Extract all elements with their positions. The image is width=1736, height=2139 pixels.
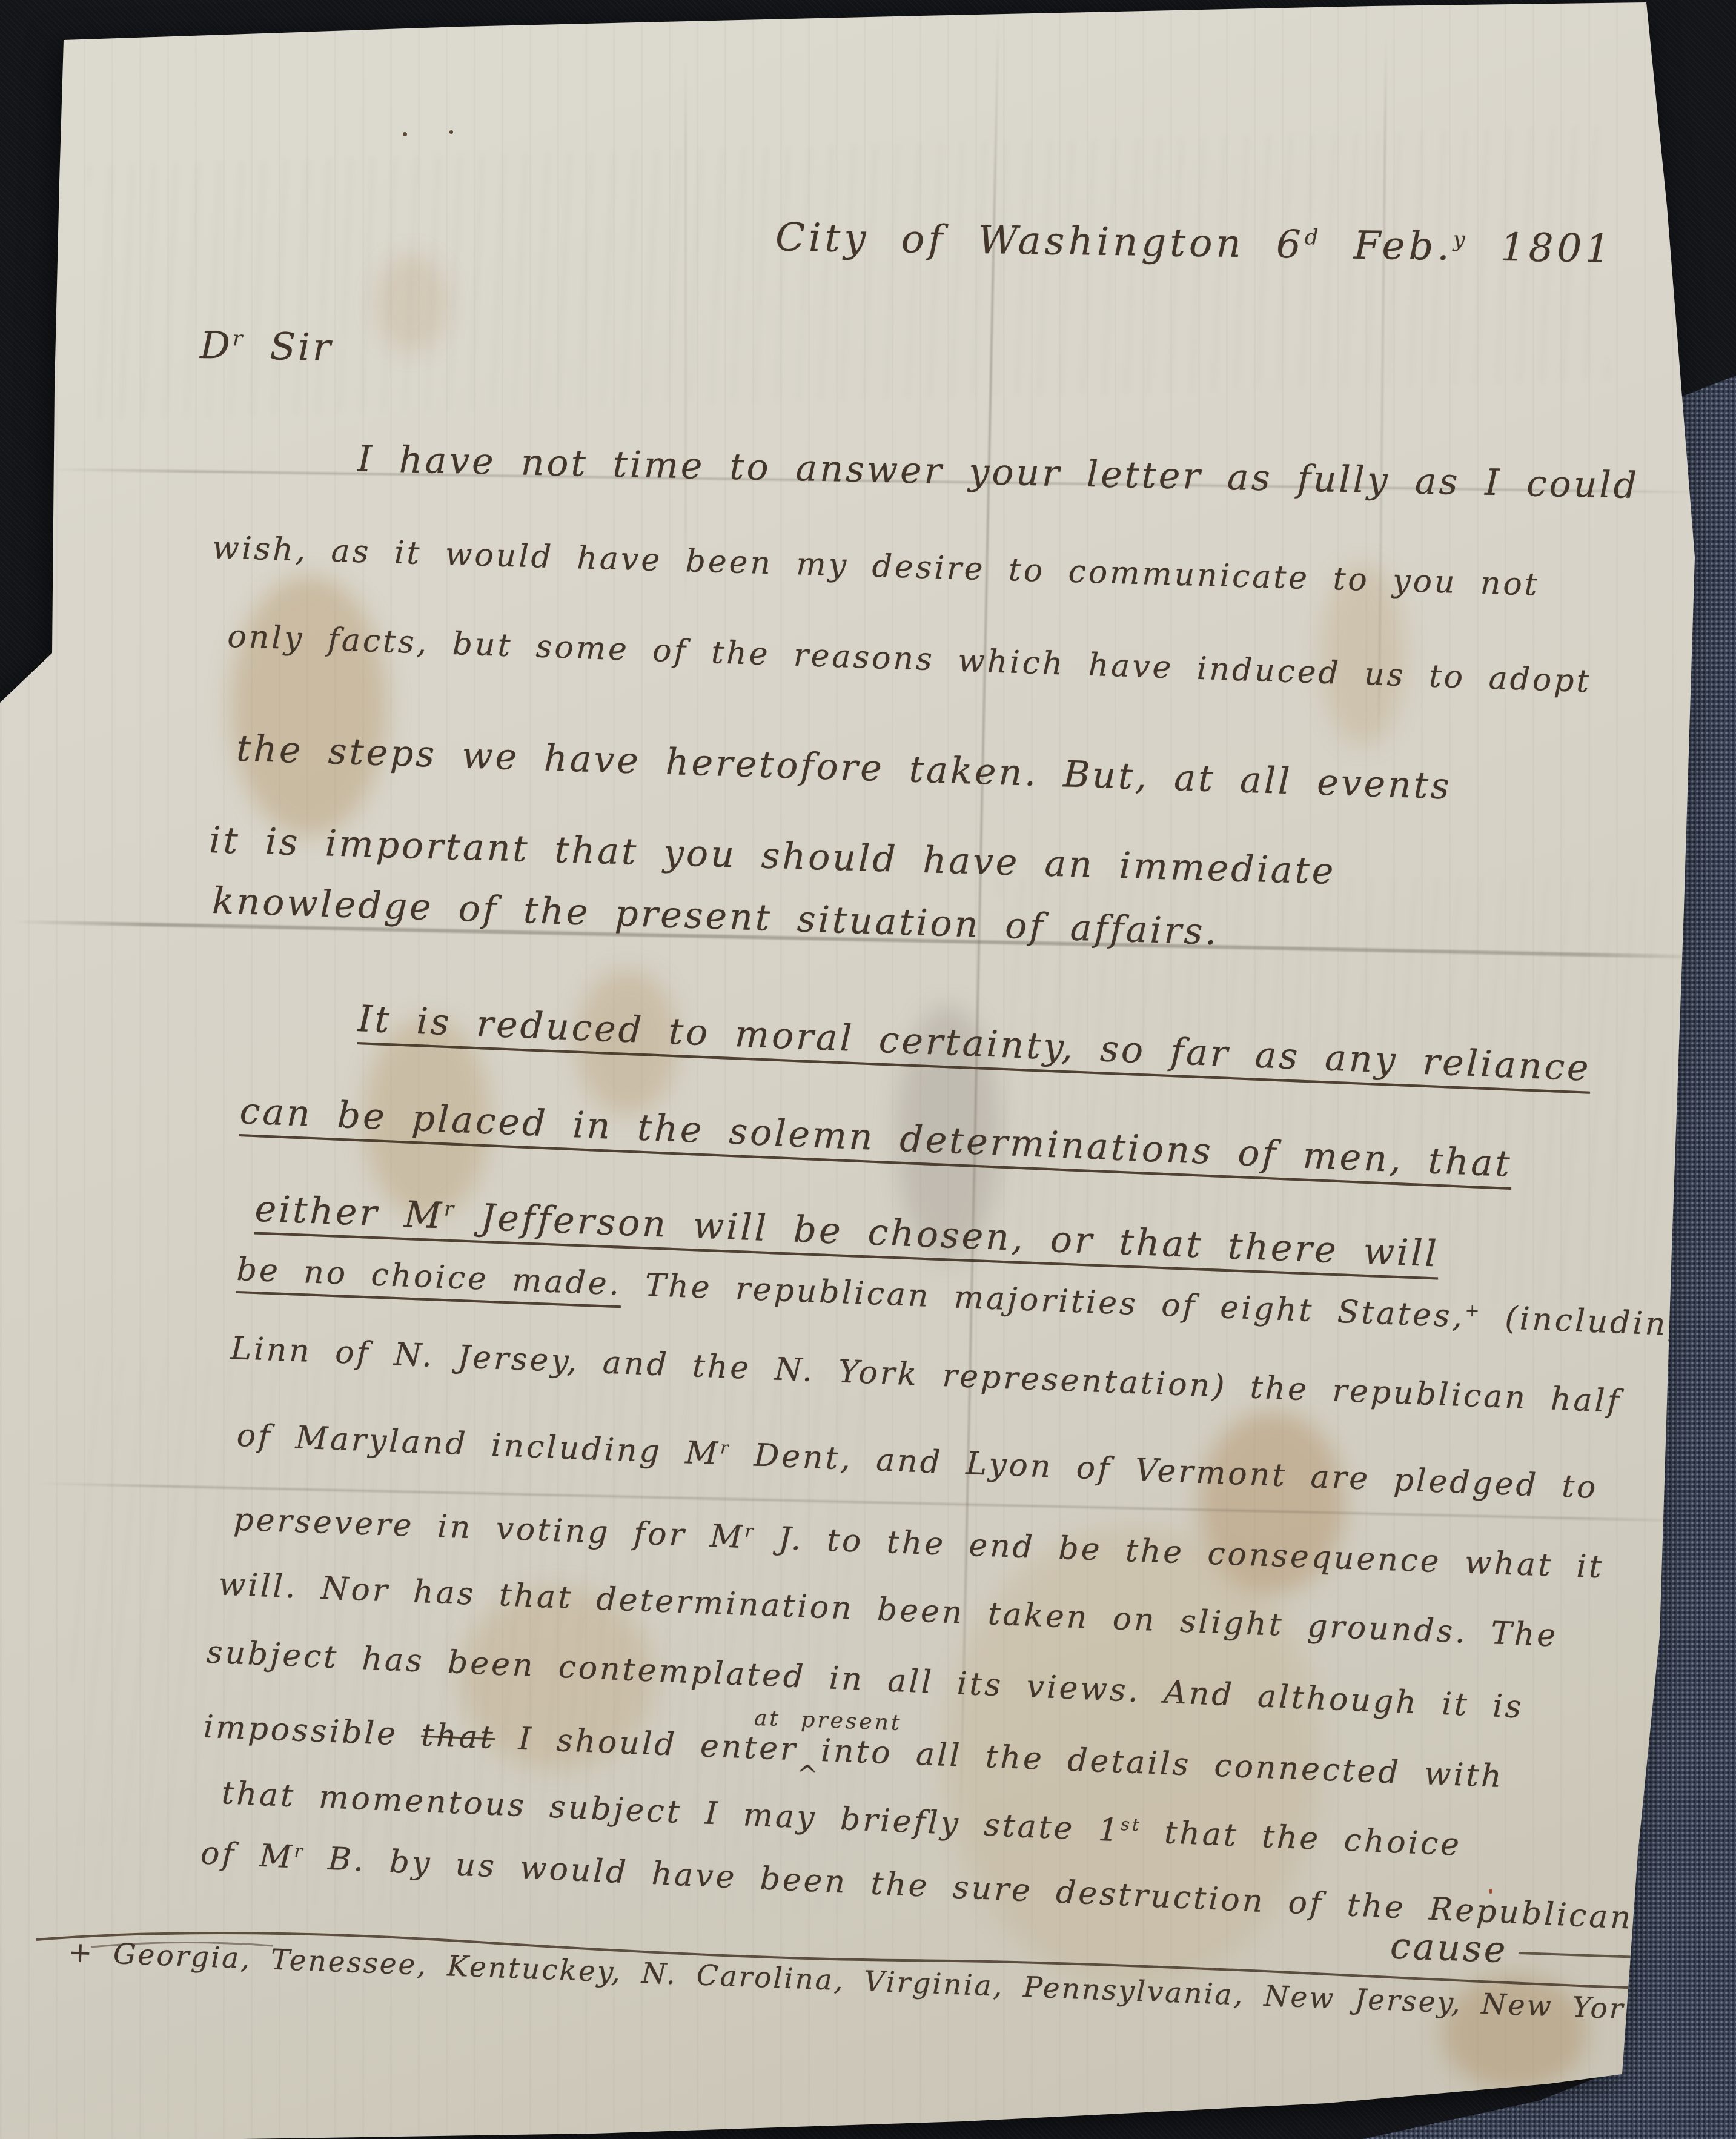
body-line: the steps we have heretofore taken. But,… bbox=[236, 727, 1452, 808]
body-line: it is important that you should have an … bbox=[208, 819, 1336, 893]
stain bbox=[230, 575, 388, 836]
show-through-smudge bbox=[88, 125, 1608, 419]
ink-speck bbox=[403, 132, 407, 136]
body-line: wish, as it would have been my desire to… bbox=[212, 529, 1540, 603]
ink-speck bbox=[1489, 1889, 1492, 1894]
paper-sheet: City of Washington 6d Feb.y 1801 Dr Sir … bbox=[0, 0, 1736, 2139]
photo-of-manuscript-letter: { "photo": { "colors": { "backdrop_dark_… bbox=[0, 0, 1736, 2139]
body-line: I have not time to answer your letter as… bbox=[357, 438, 1639, 507]
interlinear-insertion: at present bbox=[754, 1706, 903, 1736]
ink-speck bbox=[449, 130, 453, 134]
insertion-caret: ^ bbox=[796, 1759, 821, 1789]
paper-wrapper: City of Washington 6d Feb.y 1801 Dr Sir … bbox=[0, 0, 1736, 2139]
salutation: Dr Sir bbox=[199, 323, 333, 370]
